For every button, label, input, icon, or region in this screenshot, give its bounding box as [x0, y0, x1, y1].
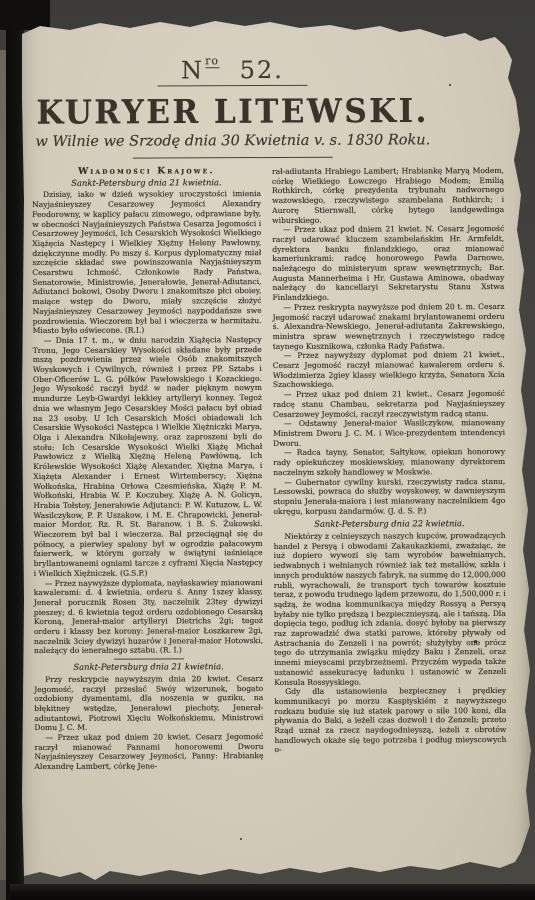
- scan-corner-patch: [0, 0, 50, 30]
- newspaper-title: KURYER LITEWSKI.: [32, 92, 434, 132]
- masthead-rule-bottom: [133, 157, 333, 159]
- body-paragraph: Gdy dla ustanowienia bezpieczney i prędk…: [274, 686, 506, 755]
- masthead-dateline: w Wilnie we Srzodę dnia 30 Kwietnia v. s…: [32, 132, 434, 150]
- issue-number: Nro 52.: [31, 53, 433, 85]
- dateline-heading: Sankt-Petersburg dnia 22 kwietnia.: [273, 519, 505, 530]
- dateline-heading: Sankt-Petersburg dnia 21 kwietnia.: [32, 178, 261, 189]
- left-column: Wiadomości Krajowe. Sankt-Petersburg dni…: [32, 167, 264, 772]
- section-heading: Wiadomości Krajowe.: [32, 167, 261, 178]
- body-paragraph: — Przez reskrypta naywyższe pod dniem 20…: [273, 302, 505, 352]
- body-paragraph: — Radca tayny, Senator, Sałtykow, opieku…: [273, 447, 505, 477]
- body-paragraph: — Przez naywyższy dyplomat pod dniem 21 …: [273, 350, 505, 390]
- paragraph-divider-rule: [114, 659, 184, 660]
- body-paragraph: rał-adiutanta Hrabiego Lambert; Hrabiank…: [272, 166, 504, 225]
- scan-border-band: [10, 884, 535, 900]
- body-paragraph: — Przez ukaz pod dniem 21 kwiet., Cesarz…: [273, 389, 505, 419]
- body-paragraph: — Gubernator cywilny kurski, rzeczywisty…: [273, 476, 505, 516]
- issue-superscript: ro: [205, 54, 219, 68]
- gutter-shadow: [6, 0, 24, 900]
- body-paragraph: Dzisiay, iako w dzień wysokiey uroczysto…: [32, 189, 262, 336]
- issue-value: 52.: [240, 56, 284, 84]
- article-columns: Wiadomości Krajowe. Sankt-Petersburg dni…: [32, 166, 507, 772]
- body-paragraph: — Dnia 17 t. m., w dniu narodzin Xiążęci…: [33, 335, 263, 579]
- masthead-rule-top: [158, 85, 308, 87]
- dateline-heading: Sankt-Petersburg dnia 21 kwietnia.: [34, 662, 263, 673]
- newspaper-page: Nro 52. KURYER LITEWSKI. w Wilnie we Srz…: [8, 0, 535, 900]
- body-paragraph: — Przez ukaz pod dniem 20 kwiet. Cesarz …: [34, 732, 263, 772]
- paper-speck: [240, 838, 242, 840]
- body-paragraph: — Odstawny Jenerał-maior Wasilczykow, mi…: [273, 418, 505, 448]
- body-paragraph: — Przez ukaz pod dniem 21 kwiet. N. Cesa…: [272, 224, 504, 303]
- issue-prefix: N: [181, 56, 205, 84]
- masthead: Nro 52. KURYER LITEWSKI. w Wilnie we Srz…: [31, 53, 433, 159]
- body-paragraph: Niektórzy z celnieyszych naszych kupców,…: [274, 531, 507, 687]
- body-paragraph: — Przez naywyższe dyplomata, nayłaskawie…: [34, 578, 263, 657]
- scan-background: Nro 52. KURYER LITEWSKI. w Wilnie we Srz…: [0, 0, 535, 900]
- body-paragraph: Przy reskrypcie naywyższym dnia 20 kwiet…: [34, 674, 263, 733]
- printed-area: Nro 52. KURYER LITEWSKI. w Wilnie we Srz…: [31, 53, 506, 772]
- right-column: rał-adiutanta Hrabiego Lambert; Hrabiank…: [272, 166, 507, 771]
